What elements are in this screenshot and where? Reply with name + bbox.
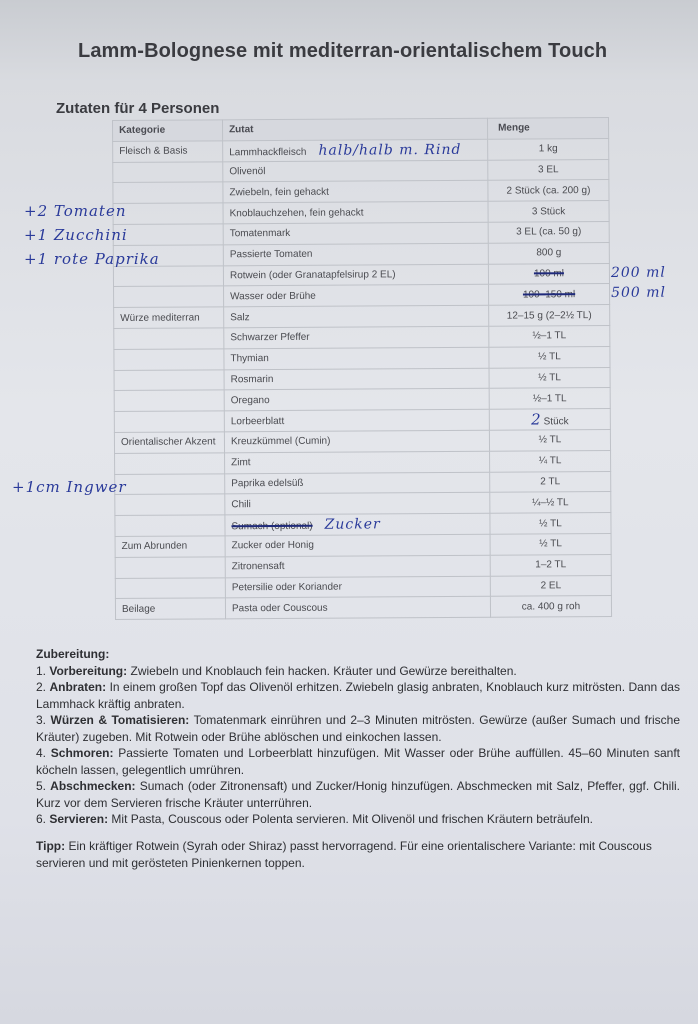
- cell-amount: ½ TL: [489, 367, 610, 389]
- cell-ingredient: Zimt: [225, 451, 490, 473]
- cell-category: [115, 494, 225, 515]
- cell-ingredient: Schwarzer Pfeffer: [224, 326, 489, 348]
- table-row: Knoblauchzehen, fein gehackt3 Stück: [113, 201, 609, 225]
- amount-value: ½ TL: [539, 539, 562, 550]
- cell-amount: 100 ml200 ml: [488, 263, 609, 285]
- table-row: Rotwein (oder Granatapfelsirup 2 EL)100 …: [113, 263, 609, 287]
- table-row: Tomatenmark3 EL (ca. 50 g): [113, 221, 609, 245]
- amount-value: 2 TL: [540, 476, 560, 487]
- amount-value: ½ TL: [538, 372, 561, 383]
- table-row: Passierte Tomaten800 g: [113, 242, 609, 266]
- preparation-heading: Zubereitung:: [36, 646, 680, 663]
- step-label: Vorbereitung:: [49, 664, 127, 678]
- cell-category: Fleisch & Basis: [113, 141, 223, 162]
- preparation-step: 1. Vorbereitung: Zwiebeln und Knoblauch …: [36, 663, 680, 680]
- ingredient-name: Petersilie oder Koriander: [232, 582, 342, 594]
- cell-amount: ½–1 TL: [489, 388, 610, 410]
- preparation-step: 5. Abschmecken: Sumach (oder Zitronensaf…: [36, 778, 680, 811]
- ingredient-name: Rotwein (oder Granatapfelsirup 2 EL): [230, 269, 396, 281]
- cell-ingredient: Tomatenmark: [223, 222, 488, 244]
- step-number: 4.: [36, 746, 46, 760]
- cell-ingredient: Petersilie oder Koriander: [225, 576, 490, 598]
- preparation-step: 4. Schmoren: Passierte Tomaten und Lorbe…: [36, 745, 680, 778]
- amount-value: 800 g: [536, 247, 561, 258]
- cell-category: [114, 349, 224, 370]
- cell-amount: ½ TL: [490, 513, 611, 535]
- cell-amount: 100–150 ml500 ml: [489, 284, 610, 306]
- table-row: Orientalischer AkzentKreuzkümmel (Cumin)…: [114, 429, 610, 453]
- table-row: Paprika edelsüß2 TL: [115, 471, 611, 495]
- ingredient-name: Zitronensaft: [232, 561, 285, 572]
- handwritten-note: +1 Zucchini: [24, 226, 160, 250]
- ingredient-name: Wasser oder Brühe: [230, 291, 316, 303]
- cell-category: [115, 577, 225, 598]
- cell-ingredient: Salz: [224, 305, 489, 327]
- table-row: Rosmarin½ TL: [114, 367, 610, 391]
- cell-amount: 2Stück: [489, 409, 610, 431]
- cell-amount: 3 EL (ca. 50 g): [488, 221, 609, 243]
- amount-value: ½–1 TL: [532, 331, 566, 342]
- cell-amount: 2 TL: [490, 471, 611, 493]
- table-row: BeilagePasta oder Couscousca. 400 g roh: [115, 596, 611, 620]
- cell-ingredient: Lammhackfleischhalb/halb m. Rind: [223, 139, 488, 161]
- table-row: Schwarzer Pfeffer½–1 TL: [114, 325, 610, 349]
- handwritten-note: 2: [531, 410, 542, 428]
- column-header-category: Kategorie: [113, 120, 223, 141]
- column-header-ingredient: Zutat: [223, 118, 488, 140]
- cell-category: [114, 328, 224, 349]
- cell-amount: ½ TL: [489, 429, 610, 451]
- cell-amount: 2 EL: [490, 575, 611, 597]
- table-row: Sumach (optional)Zucker½ TL: [115, 513, 611, 537]
- amount-value: 3 EL (ca. 50 g): [516, 227, 581, 238]
- ingredients-table-body: Fleisch & BasisLammhackfleischhalb/halb …: [113, 138, 612, 619]
- ingredient-name: Thymian: [230, 353, 268, 364]
- cell-amount: 3 Stück: [488, 201, 609, 223]
- tip-text: Ein kräftiger Rotwein (Syrah oder Shiraz…: [36, 839, 652, 870]
- step-number: 2.: [36, 680, 46, 694]
- cell-ingredient: Oregano: [224, 389, 489, 411]
- amount-value: ½ TL: [539, 518, 562, 529]
- step-label: Servieren:: [49, 812, 108, 826]
- tip-section: Tipp: Ein kräftiger Rotwein (Syrah oder …: [36, 838, 676, 871]
- ingredient-name: Lorbeerblatt: [231, 416, 284, 427]
- cell-amount: ca. 400 g roh: [490, 596, 611, 618]
- step-label: Schmoren:: [51, 746, 114, 760]
- table-row: Oregano½–1 TL: [114, 388, 610, 412]
- table-row: Wasser oder Brühe100–150 ml500 ml: [114, 284, 610, 308]
- cell-category: [115, 473, 225, 494]
- handwritten-note: halb/halb m. Rind: [318, 142, 461, 159]
- cell-ingredient: Pasta oder Couscous: [225, 597, 490, 619]
- cell-category: [113, 161, 223, 182]
- step-number: 5.: [36, 779, 46, 793]
- amount-value: ¼ TL: [539, 455, 562, 466]
- amount-value: 1–2 TL: [535, 559, 566, 570]
- amount-value: Stück: [544, 416, 569, 427]
- table-row: Würze mediterranSalz12–15 g (2–2½ TL): [114, 305, 610, 329]
- page-title: Lamm-Bolognese mit mediterran-orientalis…: [78, 40, 607, 63]
- table-row: Zwiebeln, fein gehackt2 Stück (ca. 200 g…: [113, 180, 609, 204]
- step-number: 1.: [36, 664, 46, 678]
- cell-category: [115, 515, 225, 536]
- preparation-step: 6. Servieren: Mit Pasta, Couscous oder P…: [36, 811, 680, 828]
- amount-value: ¼–½ TL: [532, 497, 569, 508]
- cell-category: [115, 453, 225, 474]
- cell-amount: ½–1 TL: [489, 325, 610, 347]
- table-row: Zitronensaft1–2 TL: [115, 554, 611, 578]
- cell-amount: 1 kg: [488, 138, 609, 160]
- amount-value: 2 EL: [541, 580, 562, 591]
- step-label: Abschmecken:: [50, 779, 135, 793]
- cell-amount: ¼–½ TL: [490, 492, 611, 514]
- cell-ingredient: Paprika edelsüß: [225, 472, 490, 494]
- cell-amount: 1–2 TL: [490, 554, 611, 576]
- step-text: Zwiebeln und Knoblauch fein hacken. Kräu…: [130, 664, 516, 678]
- ingredient-name: Pasta oder Couscous: [232, 602, 328, 614]
- handwritten-note: Zucker: [325, 516, 381, 532]
- ingredient-name: Oregano: [231, 395, 270, 406]
- cell-category: Beilage: [115, 598, 225, 619]
- amount-value: ca. 400 g roh: [522, 601, 580, 612]
- preparation-section: Zubereitung: 1. Vorbereitung: Zwiebeln u…: [36, 646, 680, 828]
- handwritten-note: 200 ml: [611, 264, 666, 280]
- handwritten-note: +1 rote Paprika: [24, 250, 160, 274]
- ingredient-name: Kreuzkümmel (Cumin): [231, 436, 331, 448]
- cell-ingredient: Zucker oder Honig: [225, 534, 490, 556]
- cell-ingredient: Thymian: [224, 347, 489, 369]
- cell-category: Würze mediterran: [114, 307, 224, 328]
- preparation-step: 2. Anbraten: In einem großen Topf das Ol…: [36, 679, 680, 712]
- table-row: Zum AbrundenZucker oder Honig½ TL: [115, 533, 611, 557]
- table-row: Lorbeerblatt2Stück: [114, 409, 610, 433]
- step-text: Mit Pasta, Couscous oder Polenta servier…: [111, 812, 593, 826]
- step-text: Passierte Tomaten und Lorbeerblatt hinzu…: [36, 746, 680, 777]
- step-number: 3.: [36, 713, 46, 727]
- recipe-page: Lamm-Bolognese mit mediterran-orientalis…: [0, 0, 698, 1024]
- ingredient-name: Knoblauchzehen, fein gehackt: [230, 207, 364, 219]
- preparation-step: 3. Würzen & Tomatisieren: Tomatenmark ei…: [36, 712, 680, 745]
- step-text: In einem großen Topf das Olivenöl erhitz…: [36, 680, 680, 711]
- amount-value: 3 Stück: [532, 206, 565, 217]
- cell-category: [114, 286, 224, 307]
- cell-amount: 3 EL: [488, 159, 609, 181]
- ingredient-name: Schwarzer Pfeffer: [230, 332, 309, 343]
- ingredient-name: Rosmarin: [231, 374, 274, 385]
- table-row: Olivenöl3 EL: [113, 159, 609, 183]
- cell-ingredient: Zitronensaft: [225, 555, 490, 577]
- ingredient-name: Zucker oder Honig: [232, 540, 314, 552]
- preparation-steps: 1. Vorbereitung: Zwiebeln und Knoblauch …: [36, 663, 680, 828]
- cell-category: [113, 182, 223, 203]
- ingredient-name: Salz: [230, 312, 250, 323]
- ingredient-name: Paprika edelsüß: [231, 478, 303, 489]
- cell-category: [115, 557, 225, 578]
- handwritten-margin-notes: +2 Tomaten +1 Zucchini +1 rote Paprika: [24, 202, 160, 274]
- amount-value: 100–150 ml: [523, 289, 575, 300]
- cell-ingredient: Rotwein (oder Granatapfelsirup 2 EL): [223, 264, 488, 286]
- cell-ingredient: Kreuzkümmel (Cumin): [224, 430, 489, 452]
- amount-value: 12–15 g (2–2½ TL): [507, 310, 592, 322]
- step-label: Würzen & Tomatisieren:: [51, 713, 190, 727]
- cell-amount: ½ TL: [490, 533, 611, 555]
- ingredient-name: Zimt: [231, 457, 251, 468]
- cell-category: [114, 411, 224, 432]
- ingredient-name: Zwiebeln, fein gehackt: [229, 186, 329, 198]
- cell-ingredient: Knoblauchzehen, fein gehackt: [223, 201, 488, 223]
- cell-ingredient: Lorbeerblatt: [224, 409, 489, 431]
- cell-amount: ¼ TL: [490, 450, 611, 472]
- ingredient-name: Olivenöl: [229, 166, 265, 177]
- cell-amount: 2 Stück (ca. 200 g): [488, 180, 609, 202]
- cell-ingredient: Olivenöl: [223, 160, 488, 182]
- column-header-amount: Menge: [487, 117, 608, 139]
- table-row: Thymian½ TL: [114, 346, 610, 370]
- cell-ingredient: Zwiebeln, fein gehackt: [223, 181, 488, 203]
- ingredient-name: Chili: [231, 499, 251, 510]
- table-row: Petersilie oder Koriander2 EL: [115, 575, 611, 599]
- table-row: Zimt¼ TL: [115, 450, 611, 474]
- handwritten-note: 500 ml: [611, 285, 666, 301]
- handwritten-note-ingwer: +1cm Ingwer: [12, 478, 127, 496]
- cell-category: [114, 390, 224, 411]
- amount-value: 100 ml: [534, 268, 564, 279]
- cell-category: [114, 369, 224, 390]
- amount-value: 3 EL: [538, 164, 559, 175]
- cell-ingredient: Sumach (optional)Zucker: [225, 513, 490, 535]
- ingredient-name: Passierte Tomaten: [230, 249, 313, 261]
- cell-ingredient: Chili: [225, 493, 490, 515]
- amount-value: ½ TL: [538, 351, 561, 362]
- amount-value: ½–1 TL: [533, 393, 567, 404]
- tip-label: Tipp:: [36, 839, 65, 853]
- cell-category: Orientalischer Akzent: [114, 432, 224, 453]
- cell-amount: 800 g: [488, 242, 609, 264]
- step-number: 6.: [36, 812, 46, 826]
- cell-ingredient: Rosmarin: [224, 368, 489, 390]
- handwritten-note: +2 Tomaten: [24, 202, 160, 226]
- cell-category: Zum Abrunden: [115, 536, 225, 557]
- cell-amount: 12–15 g (2–2½ TL): [489, 305, 610, 327]
- cell-ingredient: Wasser oder Brühe: [224, 285, 489, 307]
- ingredient-name: Tomatenmark: [230, 228, 291, 239]
- step-label: Anbraten:: [49, 680, 106, 694]
- ingredient-name: Lammhackfleisch: [229, 147, 306, 158]
- cell-ingredient: Passierte Tomaten: [223, 243, 488, 265]
- ingredients-table: Kategorie Zutat Menge Fleisch & BasisLam…: [112, 117, 612, 620]
- table-row: Chili¼–½ TL: [115, 492, 611, 516]
- cell-amount: ½ TL: [489, 346, 610, 368]
- amount-value: 1 kg: [539, 143, 558, 154]
- section-title-ingredients: Zutaten für 4 Personen: [56, 100, 219, 117]
- ingredient-name: Sumach (optional): [231, 521, 312, 532]
- amount-value: ½ TL: [539, 435, 562, 446]
- amount-value: 2 Stück (ca. 200 g): [506, 185, 590, 197]
